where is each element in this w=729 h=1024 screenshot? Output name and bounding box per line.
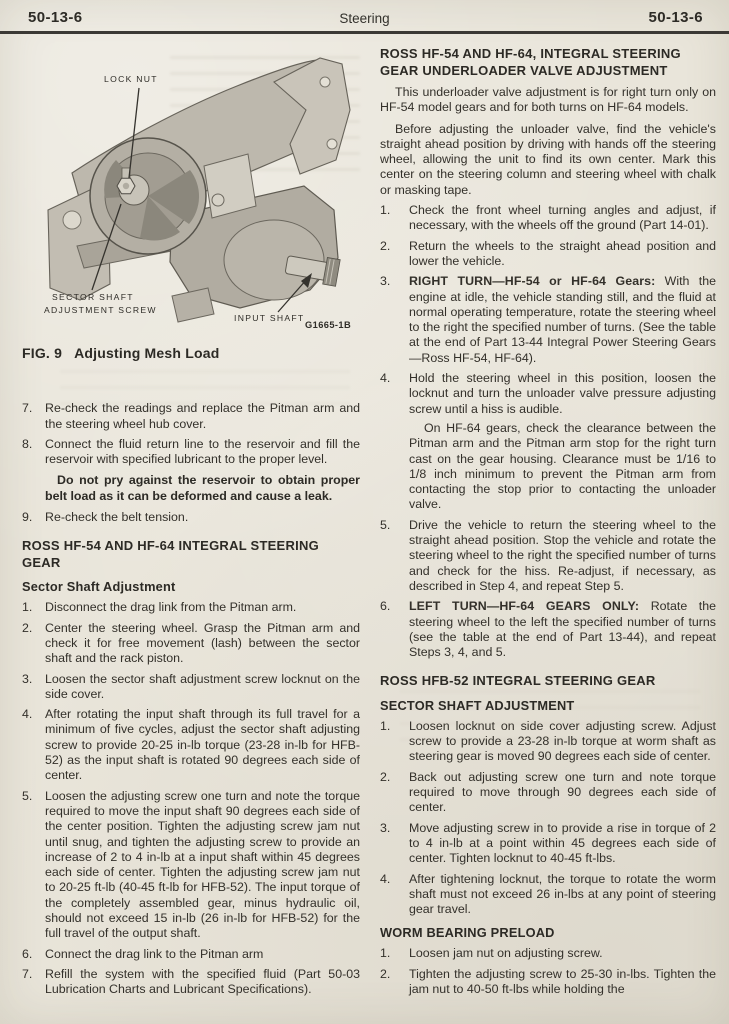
step-text: LEFT TURN—HF-64 GEARS ONLY: Rotate the s… [409, 599, 716, 660]
section-title: Steering [0, 11, 729, 26]
page-number-right: 50-13-6 [648, 9, 703, 26]
figure-label-sector-shaft-2: ADJUSTMENT SCREW [44, 305, 157, 315]
step-text: After tightening locknut, the torque to … [409, 872, 716, 918]
step-number: 2. [380, 239, 409, 270]
procedure-continued: 7. Re-check the readings and replace the… [22, 401, 360, 525]
list-item: 3. Loosen the sector shaft adjustment sc… [22, 672, 360, 703]
figure-caption: FIG. 9Adjusting Mesh Load [22, 346, 360, 361]
paragraph: Before adjusting the unloader valve, fin… [380, 122, 716, 198]
list-item: 9. Re-check the belt tension. [22, 510, 360, 525]
step-text: Center the steering wheel. Grasp the Pit… [45, 621, 360, 667]
step-lead-in: RIGHT TURN—HF-54 or HF-64 Gears: [409, 274, 655, 288]
step-number: 4. [380, 872, 409, 918]
figure-code: G1665-1B [305, 320, 351, 330]
step-text: Loosen the adjusting screw one turn and … [45, 789, 360, 942]
list-item: 1. Loosen jam nut on adjusting screw. [380, 946, 716, 961]
list-item: 7. Re-check the readings and replace the… [22, 401, 360, 432]
underloader-valve-steps: 1. Check the front wheel turning angles … [380, 203, 716, 660]
step-number: 6. [22, 947, 45, 962]
subsection-heading-sector-shaft: Sector Shaft Adjustment [22, 579, 360, 595]
list-item: 6. Connect the drag link to the Pitman a… [22, 947, 360, 962]
step-number: 3. [380, 274, 409, 366]
step-number: 1. [22, 600, 45, 615]
step-body: Hold the steering wheel in this position… [409, 371, 716, 416]
figure-illustration: LOCK NUT SECTOR SHAFT ADJUSTMENT SCREW I… [22, 48, 360, 338]
step-number: 3. [22, 672, 45, 703]
step-number: 1. [380, 946, 409, 961]
sector-shaft-steps: 1. Disconnect the drag link from the Pit… [22, 600, 360, 997]
step-text: After rotating the input shaft through i… [45, 707, 360, 783]
section-heading-ross-hfb52: ROSS HFB-52 INTEGRAL STEERING GEAR [380, 673, 716, 690]
list-item: 5. Loosen the adjusting screw one turn a… [22, 789, 360, 942]
step-text: Drive the vehicle to return the steering… [409, 518, 716, 594]
step-number: 4. [22, 707, 45, 783]
paragraph: This underloader valve adjustment is for… [380, 85, 716, 116]
step-text: Loosen jam nut on adjusting screw. [409, 946, 716, 961]
step-text: Loosen the sector shaft adjustment screw… [45, 672, 360, 703]
step-number: 2. [380, 770, 409, 816]
list-item: 7. Refill the system with the specified … [22, 967, 360, 998]
list-item: 2. Center the steering wheel. Grasp the … [22, 621, 360, 667]
header-rule [0, 31, 729, 34]
subsection-heading-sector-shaft-adjustment: SECTOR SHAFT ADJUSTMENT [380, 698, 716, 714]
list-item: 2. Return the wheels to the straight ahe… [380, 239, 716, 270]
step-number: 7. [22, 967, 45, 998]
step-follow-paragraph: On HF-64 gears, check the clearance betw… [409, 421, 716, 513]
step-number: 4. [380, 371, 409, 513]
list-item: 6. LEFT TURN—HF-64 GEARS ONLY: Rotate th… [380, 599, 716, 660]
step-text: Tighten the adjusting screw to 25-30 in-… [409, 967, 716, 998]
step-number: 2. [22, 621, 45, 667]
list-item: 2. Back out adjusting screw one turn and… [380, 770, 716, 816]
step-text: Check the front wheel turning angles and… [409, 203, 716, 234]
figure-number: FIG. 9 [22, 345, 62, 361]
list-item: 2. Tighten the adjusting screw to 25-30 … [380, 967, 716, 998]
step-number: 3. [380, 821, 409, 867]
step-text: Back out adjusting screw one turn and no… [409, 770, 716, 816]
list-item: 4. After rotating the input shaft throug… [22, 707, 360, 783]
list-item: 4. After tightening locknut, the torque … [380, 872, 716, 918]
figure-label-input-shaft: INPUT SHAFT [234, 313, 304, 323]
list-item: 4. Hold the steering wheel in this posit… [380, 371, 716, 513]
subsection-heading-worm-bearing-preload: WORM BEARING PRELOAD [380, 925, 716, 941]
worm-bearing-preload-steps: 1. Loosen jam nut on adjusting screw. 2.… [380, 946, 716, 997]
step-text: Re-check the readings and replace the Pi… [45, 401, 360, 432]
figure-label-sector-shaft-1: SECTOR SHAFT [52, 292, 134, 302]
list-item: 3. Move adjusting screw in to provide a … [380, 821, 716, 867]
column-right: ROSS HF-54 AND HF-64, INTEGRAL STEERING … [380, 46, 716, 997]
step-text: Move adjusting screw in to provide a ris… [409, 821, 716, 867]
step-text: RIGHT TURN—HF-54 or HF-64 Gears: With th… [409, 274, 716, 366]
side-cover [90, 138, 206, 254]
step-number: 7. [22, 401, 45, 432]
list-item: 3. RIGHT TURN—HF-54 or HF-64 Gears: With… [380, 274, 716, 366]
list-item: 1. Disconnect the drag link from the Pit… [22, 600, 360, 615]
figure-9: LOCK NUT SECTOR SHAFT ADJUSTMENT SCREW I… [22, 48, 360, 338]
step-text: Refill the system with the specified flu… [45, 967, 360, 998]
step-number: 8. [22, 437, 45, 468]
step-number: 2. [380, 967, 409, 998]
section-heading-underloader-valve: ROSS HF-54 AND HF-64, INTEGRAL STEERING … [380, 46, 716, 79]
hfb52-sector-shaft-steps: 1. Loosen locknut on side cover adjustin… [380, 719, 716, 918]
column-left: LOCK NUT SECTOR SHAFT ADJUSTMENT SCREW I… [22, 40, 360, 998]
step-lead-in: LEFT TURN—HF-64 GEARS ONLY: [409, 599, 639, 613]
step-text: Hold the steering wheel in this position… [409, 371, 716, 513]
list-item: 1. Check the front wheel turning angles … [380, 203, 716, 234]
step-number: 1. [380, 203, 409, 234]
step-text: Disconnect the drag link from the Pitman… [45, 600, 360, 615]
step-number: 5. [380, 518, 409, 594]
figure-label-lock-nut: LOCK NUT [104, 74, 158, 84]
step-number: 9. [22, 510, 45, 525]
step-number: 5. [22, 789, 45, 942]
step-number: 6. [380, 599, 409, 660]
step-number: 1. [380, 719, 409, 765]
section-heading-ross-hf54: ROSS HF-54 AND HF-64 INTEGRAL STEERING G… [22, 538, 360, 571]
step-text: Loosen locknut on side cover adjusting s… [409, 719, 716, 765]
caution-note: Do not pry against the reservoir to obta… [45, 473, 360, 504]
manual-page: 50-13-6 Steering 50-13-6 [0, 0, 729, 1024]
step-text: Connect the drag link to the Pitman arm [45, 947, 360, 962]
step-text: Re-check the belt tension. [45, 510, 360, 525]
figure-caption-text: Adjusting Mesh Load [74, 345, 219, 361]
list-item: 1. Loosen locknut on side cover adjustin… [380, 719, 716, 765]
list-item: 8. Connect the fluid return line to the … [22, 437, 360, 468]
step-text: Connect the fluid return line to the res… [45, 437, 360, 468]
list-item: 5. Drive the vehicle to return the steer… [380, 518, 716, 594]
step-text: Return the wheels to the straight ahead … [409, 239, 716, 270]
